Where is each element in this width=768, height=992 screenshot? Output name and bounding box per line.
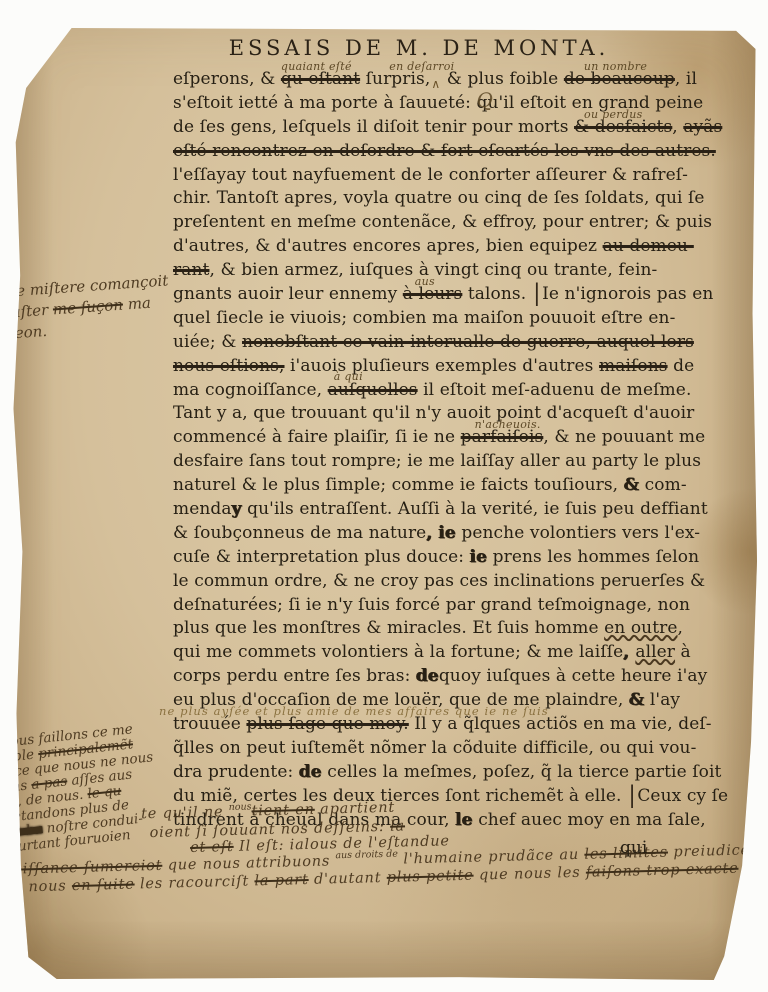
text-line: eſté rencontrez en deſordre & fort eſcar… (173, 140, 673, 164)
text-line: q̃lles on peut iuſtemẽt nõmer la cõduite… (173, 737, 673, 761)
text-segment: de (668, 356, 695, 376)
text-segment: Et nous (5, 878, 72, 896)
text-segment: eſté rencontrez en deſordre & fort eſcar… (173, 141, 716, 161)
text-segment: puiſſance ſumerciot (2, 857, 162, 877)
text-segment: ∧ (431, 77, 440, 91)
text-segment: , il (675, 69, 697, 89)
text-segment: d'autant (308, 870, 387, 888)
text-line: menday qu'ils entraſſent. Auſſi à la ver… (173, 498, 673, 522)
text-segment: com- (639, 475, 687, 495)
text-line: plus que les monſtres & miracles. Et ſui… (173, 617, 673, 641)
text-line: l'eſſayay tout nayfuement de le conforte… (173, 164, 673, 188)
text-line: qui me commets volontiers à la fortune; … (173, 641, 673, 665)
text-segment: tient en (251, 802, 315, 820)
hand-segment: un nombre (584, 55, 647, 79)
text-segment: , (672, 117, 683, 137)
hand-segment: à qui (334, 365, 363, 389)
text-segment: , (678, 618, 684, 638)
text-segment: | (534, 279, 540, 311)
text-segment: , & ne pouuant me (543, 427, 705, 447)
text-segment: chir. Tantoſt apres, voyla quatre ou cin… (173, 188, 705, 208)
text-segment: commencé à faire plaiſir, ſi ie ne (173, 427, 461, 447)
text-line: commencé à faire plaiſir, ſi ie ne n'ach… (173, 426, 673, 450)
text-segment: la part (254, 872, 309, 889)
text-segment: plus que les monſtres & miracles. Et ſui… (173, 618, 604, 638)
text-segment: amplifierons, (738, 858, 768, 877)
text-line: deſnaturées; ſi ie n'y ſuis forcé par gr… (173, 594, 673, 618)
text-line: gnants auoir leur ennemy ausà leurs talo… (173, 283, 673, 307)
text-segment: aller (635, 642, 675, 662)
text-segment: nonobſtant ce vain interualle de guerre,… (242, 332, 694, 352)
text-segment: penche volontiers vers l'ex- (456, 523, 700, 543)
text-segment: deſnaturées; ſi ie n'y ſuis forcé par gr… (173, 595, 690, 615)
text-segment: faſter (6, 300, 54, 321)
text-segment: ayãs (683, 117, 722, 137)
text-segment: la (390, 818, 405, 834)
text-segment: en outre (604, 618, 677, 638)
text-segment: preiudice des (668, 841, 768, 860)
margin-annotation-top: Ce miſtere comançoitfaſter me ſuçon mare… (4, 270, 172, 344)
text-segment: corps perdu entre ſes bras: (173, 666, 416, 686)
catchword: qui (620, 838, 647, 858)
text-segment: apartient (315, 800, 396, 818)
text-segment: d'autres, & d'autres encores apres, bien… (173, 236, 603, 256)
text-segment: de (416, 666, 439, 686)
text-segment: que nous attribuons (162, 853, 336, 874)
hand-segment: ou perdus (584, 103, 642, 127)
text-line: desfaire ſans tout rompre; ie me laiſſay… (173, 450, 673, 474)
text-segment: au demeu- (603, 236, 694, 256)
text-segment: à (675, 642, 691, 662)
text-line: & ſoubçonneus de ma nature, ie penche vo… (173, 522, 673, 546)
text-line: d'autres, & d'autres encores apres, bien… (173, 235, 673, 259)
text-segment: plus petite (387, 868, 474, 886)
text-segment: Tant y a, que trouuant qu'il n'y auoit p… (173, 403, 694, 423)
text-segment: l'ay (644, 690, 680, 710)
text-segment: quel ſiecle ie viuois; combien ma maiſon… (173, 308, 675, 328)
text-segment: et eſt (190, 839, 234, 856)
text-segment: de (299, 762, 322, 782)
text-segment: & (629, 690, 644, 710)
text-line: ne plus ayſée et plus amie de mes affair… (173, 713, 673, 737)
text-segment: Ie n'ignorois pas en (542, 284, 713, 304)
text-segment: uiée; & (173, 332, 242, 352)
text-segment: quoy iuſques à cette heure i'ay (439, 666, 708, 686)
text-segment: en ſuite (72, 877, 135, 895)
text-segment: menda (173, 499, 232, 519)
text-segment: preſentent en meſme contenãce, & effroy,… (173, 212, 712, 232)
text-line: uiée; & nonobſtant ce vain interualle de… (173, 331, 673, 355)
text-segment: ma cognoiſſance, (173, 380, 328, 400)
text-segment: il eſtoit meſ-aduenu de meſme. (418, 380, 692, 400)
hand-segment: quaiant eſté (281, 55, 352, 79)
text-segment: te qu'il ne (141, 804, 229, 822)
text-segment: rant (173, 260, 209, 280)
text-segment: cuſe & interpretation plus douce: (173, 547, 470, 567)
text-segment: & (624, 475, 639, 495)
text-segment: nous (229, 801, 252, 813)
text-segment: eſperons, & (173, 69, 281, 89)
text-segment: nous eſtions, (173, 356, 285, 376)
text-segment: qu'ils entraſſent. Auſſi à la verité, ie… (242, 499, 708, 519)
text-line: le commun ordre, & ne croy pas ces incli… (173, 570, 673, 594)
text-segment: & plus foible (441, 69, 564, 89)
text-segment: ma (122, 294, 151, 314)
text-segment: aus droits de (335, 849, 398, 862)
text-segment: l'eſſayay tout nayfuement de le conforte… (173, 165, 688, 185)
text-line: ma cognoiſſance, à quiauſquelles il eſto… (173, 379, 673, 403)
text-line: quel ſiecle ie viuois; combien ma maiſon… (173, 307, 673, 331)
text-segment: faiſons trop exacte (586, 861, 739, 881)
text-line: chir. Tantoſt apres, voyla quatre ou cin… (173, 187, 673, 211)
text-segment: desfaire ſans tout rompre; ie me laiſſay… (173, 451, 701, 471)
hand-segment: en deſarroi (389, 55, 454, 79)
text-segment: , ie (426, 523, 456, 543)
hand-segment: ne plus ayſée et plus amie de mes affair… (159, 700, 549, 724)
hand-segment: Q (477, 89, 494, 113)
text-segment: s'eſtoit ietté à ma porte à ſauueté: (173, 93, 477, 113)
text-segment: me ſuçon (52, 296, 123, 319)
text-line: de ſes gens, leſquels il diſoit tenir po… (173, 116, 673, 140)
text-segment: reon. (7, 322, 48, 343)
text-line: preſentent en meſme contenãce, & effroy,… (173, 211, 673, 235)
text-segment: & ſoubçonneus de ma nature (173, 523, 426, 543)
text-line: dra prudente: de celles la meſmes, poſez… (173, 761, 673, 785)
text-segment: dra prudente: (173, 762, 299, 782)
text-segment: le commun ordre, & ne croy pas ces incli… (173, 571, 705, 591)
text-segment: , (623, 642, 635, 662)
text-line: corps perdu entre ſes bras: dequoy iuſqu… (173, 665, 673, 689)
text-line: Tant y a, que trouuant qu'il n'y auoit p… (173, 402, 673, 426)
text-segment: talons. (462, 284, 531, 304)
text-segment: prens les hommes ſelon (487, 547, 699, 567)
text-segment: ie (470, 547, 487, 567)
text-segment: celles la meſmes, poſez, q̃ la tierce pa… (322, 762, 722, 782)
manuscript-page: ESSAIS DE M. DE MONTA. eſperons, & quaia… (12, 28, 757, 980)
text-segment: i'auois pluſieurs exemples d'autres (285, 356, 599, 376)
text-segment: maiſons (599, 356, 668, 376)
text-segment: les racourciſt (134, 873, 254, 892)
scan-background: ESSAIS DE M. DE MONTA. eſperons, & quaia… (0, 0, 768, 992)
text-segment: y (232, 499, 242, 519)
text-line: cuſe & interpretation plus douce: ie pre… (173, 546, 673, 570)
text-line: eſperons, & quaiant eſtéqu eſtant ſurpri… (173, 68, 673, 92)
hand-segment: n'acheuois. (475, 413, 541, 437)
text-segment: qui me commets volontiers à la fortune; … (173, 642, 623, 662)
printed-text-block: eſperons, & quaiant eſtéqu eſtant ſurpri… (173, 68, 673, 833)
text-line: nous eſtions, i'auois pluſieurs exemples… (173, 355, 673, 379)
text-segment: q̃lles on peut iuſtemẽt nõmer la cõduite… (173, 738, 696, 758)
text-line: naturel & le plus ſimple; comme ie faict… (173, 474, 673, 498)
text-segment: gnants auoir leur ennemy (173, 284, 403, 304)
text-segment: que nous les (473, 865, 586, 884)
hand-segment: aus (415, 270, 435, 294)
text-segment: naturel & le plus ſimple; comme ie faict… (173, 475, 624, 495)
text-segment: de ſes gens, leſquels il diſoit tenir po… (173, 117, 574, 137)
